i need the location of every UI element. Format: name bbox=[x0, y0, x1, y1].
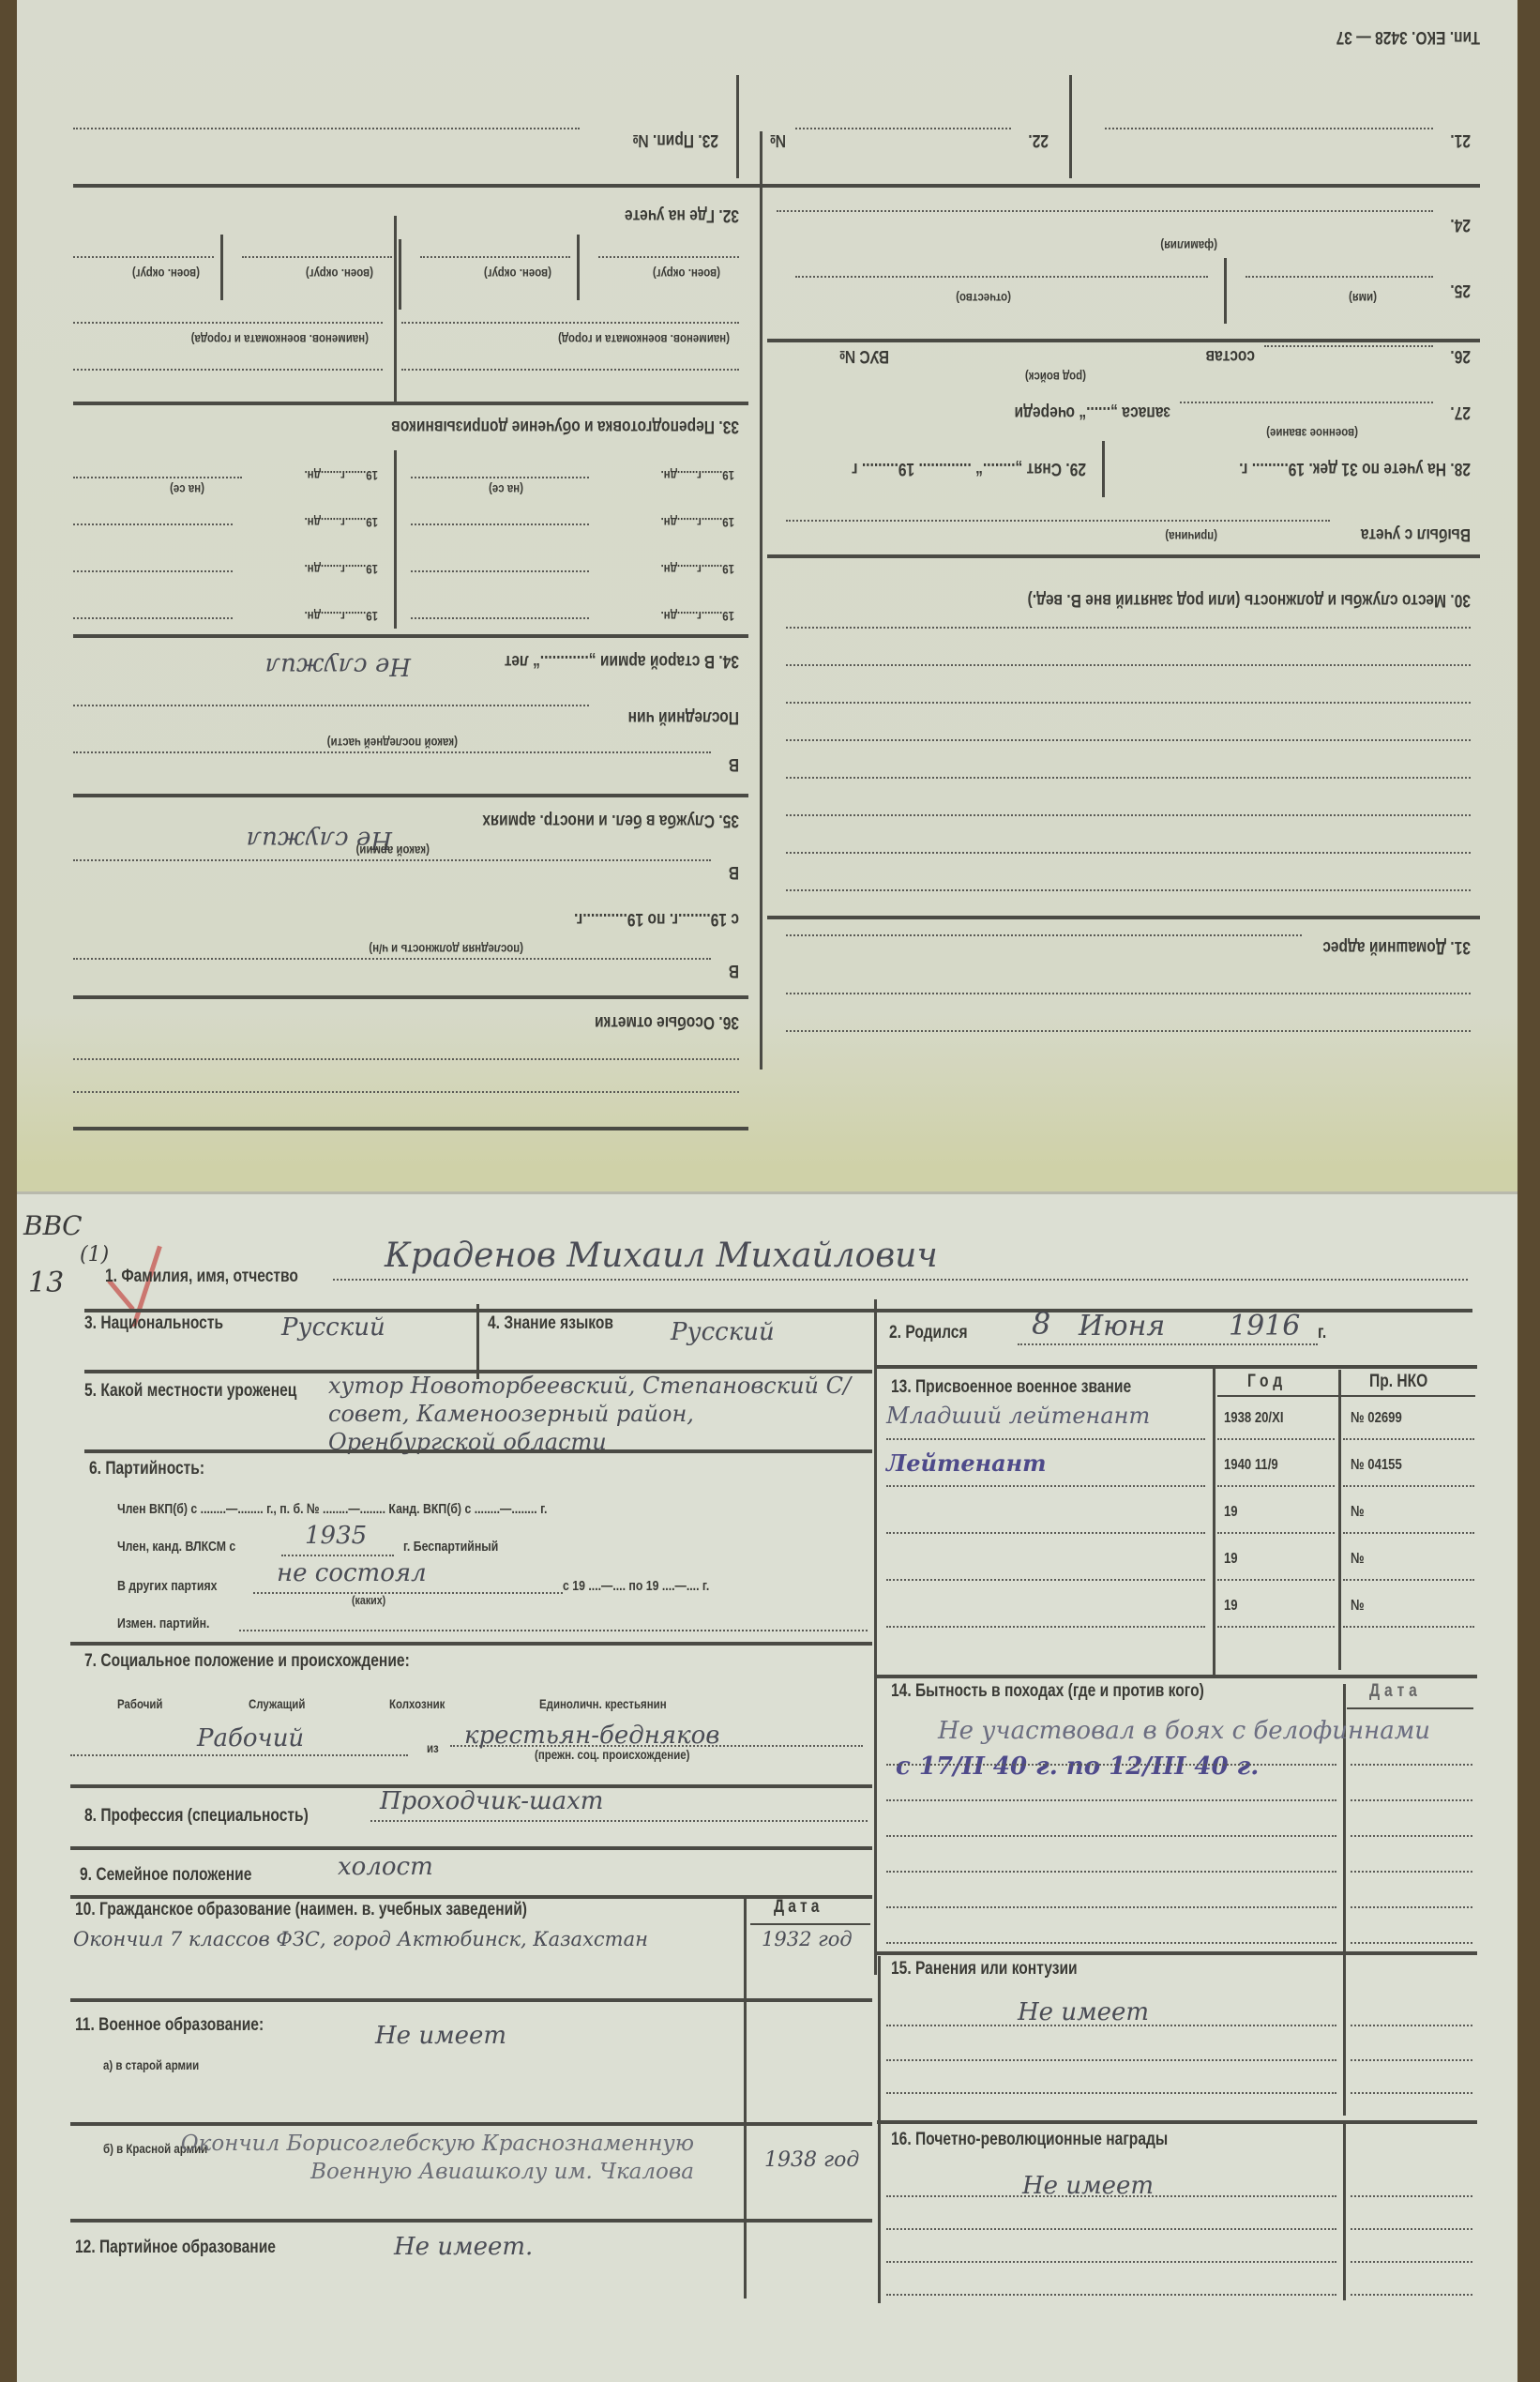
field-35-in-2: В bbox=[729, 960, 739, 980]
field-31-line bbox=[786, 934, 1302, 936]
field-32-line bbox=[73, 256, 214, 258]
field-26-line bbox=[1264, 345, 1433, 347]
rank-year: 19 bbox=[1224, 1551, 1238, 1568]
field-11-old-army-value: Не имеет bbox=[375, 2022, 506, 2050]
field-10-value: Окончил 7 классов ФЗС, город Актюбинск, … bbox=[73, 1928, 648, 1950]
field-15-line bbox=[886, 2059, 1336, 2061]
divider bbox=[399, 239, 401, 310]
field-14-line-1: Не участвовал в боях с белофиннами bbox=[938, 1717, 1430, 1745]
field-5-value: хутор Новоторбеевский, Степановский С/со… bbox=[328, 1372, 863, 1456]
field-32-city-caption-1: (наименов. военкомата и город) bbox=[558, 332, 730, 347]
back-side-sheet: 21. 22. № 23. Прип. № 24. (фамилия) 25. … bbox=[17, 0, 1517, 1191]
rank-order-line bbox=[1343, 1626, 1474, 1628]
field-33-row: 19.......г.......дн. bbox=[661, 609, 734, 624]
field-16-line bbox=[1351, 2261, 1472, 2263]
field-3-label: 3. Национальность bbox=[84, 1313, 223, 1334]
rank-year-line bbox=[1217, 1485, 1335, 1487]
divider bbox=[476, 1304, 479, 1379]
print-code: Тип. ЕКО. 3428 — 37 bbox=[1336, 26, 1480, 47]
field-33-row: 19.......г.......дн. bbox=[305, 562, 378, 577]
field-33-line bbox=[411, 570, 589, 572]
field-24-line bbox=[777, 210, 1433, 212]
field-23-line bbox=[73, 128, 580, 129]
divider bbox=[577, 235, 580, 300]
divider bbox=[767, 916, 1480, 919]
divider bbox=[1224, 258, 1227, 324]
field-25-patronymic-caption: (отчество) bbox=[956, 291, 1011, 306]
field-14-line bbox=[886, 1799, 1336, 1801]
field-35-caption-army: (какой армии) bbox=[356, 843, 430, 858]
divider bbox=[73, 794, 748, 797]
field-14-line bbox=[1351, 1871, 1472, 1873]
field-34-last-rank: Последний чин bbox=[628, 706, 739, 727]
rank-year: 19 bbox=[1224, 1504, 1238, 1521]
field-31-line bbox=[786, 1030, 1471, 1032]
field-16-line bbox=[1351, 2294, 1472, 2296]
field-33-line bbox=[73, 570, 233, 572]
field-13-label: 13. Присвоенное военное звание bbox=[891, 1377, 1131, 1398]
field-32-caption-4: (воен. округ) bbox=[132, 266, 200, 281]
field-30-line bbox=[786, 777, 1471, 779]
field-32-line bbox=[242, 256, 392, 258]
field-29-label: 29. Снят „........“ ............. 19....… bbox=[852, 458, 1086, 478]
field-7-origin-caption: (прежн. соц. происхождение) bbox=[535, 1747, 690, 1762]
field-7-value: Рабочий bbox=[197, 1724, 304, 1752]
divider bbox=[73, 1127, 748, 1130]
field-16-line bbox=[886, 2294, 1336, 2296]
field-33-caption-left: (на се) bbox=[489, 482, 523, 497]
back-side-content-rotated: 21. 22. № 23. Прип. № 24. (фамилия) 25. … bbox=[17, 0, 1517, 1191]
field-6-other-label: В других партиях bbox=[117, 1578, 217, 1594]
field-34-line bbox=[73, 751, 711, 753]
field-6-vlksm-suffix: г. Беспартийный bbox=[403, 1539, 498, 1555]
rank-order-line bbox=[1343, 1579, 1474, 1581]
rank-order: № 02699 bbox=[1351, 1410, 1402, 1427]
field-33-label: 33. Переподготовка и обучение допризывни… bbox=[391, 416, 739, 436]
field-2-line bbox=[1018, 1343, 1318, 1345]
rank-order: № bbox=[1351, 1504, 1365, 1521]
field-10-date: 1932 год bbox=[762, 1928, 853, 1950]
field-33-line bbox=[73, 523, 233, 525]
field-26-vus: ВУС № bbox=[839, 345, 889, 366]
field-12-value: Не имеет. bbox=[394, 2233, 533, 2261]
field-1-line bbox=[333, 1279, 1468, 1281]
field-23-label: 23. Прип. № bbox=[632, 129, 718, 150]
field-6-other-value: не состоял bbox=[277, 1559, 427, 1587]
field-14-label: 14. Бытность в походах (где и против ког… bbox=[891, 1681, 1204, 1702]
field-10-date-header: Дата bbox=[774, 1897, 823, 1918]
divider bbox=[70, 1998, 872, 2002]
field-13-order-header: Пр. НКО bbox=[1369, 1372, 1427, 1392]
field-30-line bbox=[786, 627, 1471, 629]
field-1-value: Краденов Михаил Михайлович bbox=[385, 1237, 938, 1275]
field-35-label: 35. Служба в бел. и иностр. армиях bbox=[482, 810, 739, 830]
field-21-line bbox=[1105, 128, 1433, 129]
field-2-label: 2. Родился bbox=[889, 1323, 968, 1343]
rank-order-line bbox=[1343, 1438, 1474, 1440]
field-9-label: 9. Семейное положение bbox=[80, 1865, 251, 1886]
divider bbox=[1069, 75, 1072, 178]
field-30-line bbox=[786, 664, 1471, 666]
field-36-line bbox=[73, 1091, 739, 1093]
field-24-caption: (фамилия) bbox=[1160, 238, 1217, 253]
divider bbox=[744, 1895, 747, 1998]
field-36-label: 36. Особые отметки bbox=[595, 1011, 739, 1032]
field-28-label: 28. На учете по 31 дек. 19......... г. bbox=[1239, 458, 1471, 478]
field-14-line bbox=[886, 1835, 1336, 1837]
field-14-line bbox=[886, 1942, 1336, 1944]
field-14-line bbox=[1351, 1835, 1472, 1837]
field-16-line bbox=[1351, 2195, 1472, 2197]
field-6-other-line bbox=[253, 1592, 563, 1594]
rank-line bbox=[886, 1626, 1205, 1628]
field-32-line bbox=[420, 256, 570, 258]
rank-year-line bbox=[1217, 1579, 1335, 1581]
field-4-value: Русский bbox=[671, 1318, 775, 1346]
divider bbox=[84, 1449, 872, 1453]
removed-caption: (причина) bbox=[1165, 529, 1217, 544]
rank-year-line bbox=[1217, 1438, 1335, 1440]
field-30-label: 30. Место службы и должность (или род за… bbox=[1028, 589, 1471, 610]
divider bbox=[736, 75, 739, 178]
column-divider bbox=[878, 1956, 881, 2303]
field-16-value: Не имеет bbox=[1022, 2172, 1154, 2200]
field-16-line bbox=[1351, 2228, 1472, 2230]
field-11-label: 11. Военное образование: bbox=[75, 2015, 264, 2036]
field-35-period: с 19........г. по 19...........г. bbox=[574, 908, 739, 929]
field-34-line bbox=[73, 705, 589, 706]
field-34-in: В bbox=[729, 753, 739, 774]
rank-line bbox=[886, 1532, 1205, 1534]
field-33-line bbox=[411, 523, 589, 525]
field-7-option-kolkhoznik: Колхозник bbox=[389, 1696, 445, 1711]
field-8-value: Проходчик-шахт bbox=[380, 1787, 603, 1815]
field-11-red-army-value: Окончил Борисоглебскую Краснознаменную В… bbox=[94, 2130, 694, 2186]
field-26-middle: состав bbox=[1205, 345, 1255, 366]
field-33-line bbox=[73, 477, 242, 478]
divider bbox=[70, 1895, 872, 1899]
field-11-old-army-label: а) в старой армии bbox=[103, 2057, 199, 2072]
field-30-line bbox=[786, 889, 1471, 891]
field-34-label: 34. В старой армии „............“ лет bbox=[505, 650, 739, 671]
field-32-caption-3: (воен. округ) bbox=[306, 266, 373, 281]
field-33-line bbox=[411, 477, 589, 478]
divider bbox=[750, 1923, 870, 1925]
field-13-year-header: Год bbox=[1247, 1372, 1287, 1392]
field-8-line bbox=[370, 1820, 868, 1822]
column-divider bbox=[760, 131, 762, 1070]
rank-line bbox=[886, 1485, 1205, 1487]
field-7-label: 7. Социальное положение и происхождение: bbox=[84, 1651, 410, 1672]
field-3-value: Русский bbox=[281, 1313, 385, 1342]
field-6-vlksm-line bbox=[281, 1555, 394, 1556]
field-33-line bbox=[73, 617, 233, 619]
field-33-row: 19.......г.......дн. bbox=[661, 468, 734, 483]
field-8-label: 8. Профессия (специальность) bbox=[84, 1806, 309, 1827]
field-15-line bbox=[1351, 2025, 1472, 2026]
field-16-label: 16. Почетно-революционные награды bbox=[891, 2130, 1168, 2150]
rank-year-line bbox=[1217, 1626, 1335, 1628]
rank-order-line bbox=[1343, 1532, 1474, 1534]
field-35-line bbox=[73, 859, 711, 861]
field-6-label: 6. Партийность: bbox=[89, 1459, 204, 1479]
field-33-row: 19.......г.......дн. bbox=[305, 468, 378, 483]
field-16-line bbox=[886, 2261, 1336, 2263]
divider bbox=[220, 235, 223, 300]
field-9-value: холост bbox=[338, 1853, 433, 1881]
rank-order: № bbox=[1351, 1598, 1365, 1615]
divider bbox=[73, 184, 1480, 188]
field-21-label: 21. bbox=[1450, 129, 1471, 150]
field-14-date-header: Дата bbox=[1369, 1681, 1422, 1702]
field-14-line bbox=[1351, 1764, 1472, 1766]
divider bbox=[1217, 1395, 1475, 1397]
field-2-day: 8 bbox=[1032, 1306, 1050, 1342]
divider bbox=[877, 2120, 1477, 2124]
field-27-middle: запаса „......“ очереди bbox=[1015, 402, 1170, 422]
field-6-other-period: с 19 ....—.... по 19 ....—.... г. bbox=[563, 1578, 709, 1594]
field-22-label: 22. bbox=[1028, 129, 1049, 150]
divider bbox=[1338, 1370, 1341, 1670]
divider bbox=[767, 554, 1480, 558]
field-2-month: Июня bbox=[1079, 1310, 1165, 1343]
field-15-line bbox=[1351, 2059, 1472, 2061]
field-7-origin: крестьян-бедняков bbox=[464, 1722, 719, 1750]
divider bbox=[877, 1951, 1477, 1955]
field-27-caption: (военное звание) bbox=[1266, 426, 1358, 441]
divider bbox=[1347, 1707, 1473, 1709]
field-32-city-line bbox=[73, 322, 383, 324]
field-14-line bbox=[886, 1906, 1336, 1908]
field-15-line bbox=[886, 2092, 1336, 2094]
field-7-option-worker: Рабочий bbox=[117, 1696, 162, 1711]
field-24-label: 24. bbox=[1450, 214, 1471, 235]
field-30-line bbox=[786, 702, 1471, 704]
field-34-caption: (какой последней части) bbox=[327, 736, 458, 751]
field-14-line bbox=[886, 1764, 1336, 1766]
field-6-other-caption: (каких) bbox=[352, 1593, 385, 1607]
field-35-caption-post: (последняя должность и ч/н) bbox=[369, 942, 523, 957]
divider bbox=[70, 2122, 872, 2126]
field-7-option-employee: Служащий bbox=[249, 1696, 305, 1711]
divider bbox=[1102, 441, 1105, 497]
divider bbox=[70, 1846, 872, 1850]
field-22-line bbox=[795, 128, 1011, 129]
column-divider bbox=[874, 1299, 877, 1975]
margin-note-13: 13 bbox=[28, 1267, 64, 1299]
field-33-row: 19.......г.......дн. bbox=[305, 515, 378, 530]
field-27-line bbox=[1180, 402, 1433, 403]
field-6-changes-line bbox=[239, 1630, 868, 1631]
field-7-option-peasant: Единоличн. крестьянин bbox=[539, 1696, 667, 1711]
field-14-line-2: с 17/II 40 г. по 12/III 40 г. bbox=[896, 1752, 1259, 1781]
rank-order-line bbox=[1343, 1485, 1474, 1487]
field-32-line bbox=[73, 369, 383, 371]
field-35-line bbox=[73, 958, 711, 960]
field-32-caption-1: (воен. округ) bbox=[653, 266, 720, 281]
rank-line bbox=[886, 1579, 1205, 1581]
field-32-city-caption-2: (наименов. военкомата и города) bbox=[191, 332, 369, 347]
field-33-line bbox=[411, 617, 589, 619]
field-32-caption-2: (воен. округ) bbox=[484, 266, 551, 281]
field-33-row: 19.......г.......дн. bbox=[661, 515, 734, 530]
field-32-label: 32. Где на учете bbox=[625, 205, 739, 225]
divider bbox=[73, 402, 748, 405]
field-25-label: 25. bbox=[1450, 280, 1471, 300]
divider bbox=[1343, 2122, 1346, 2300]
field-36-line bbox=[73, 1058, 739, 1060]
removed-label: Выбыл с учета bbox=[1361, 523, 1471, 544]
divider bbox=[394, 216, 397, 403]
field-27-label: 27. bbox=[1450, 402, 1471, 422]
rank-order: № bbox=[1351, 1551, 1365, 1568]
margin-note-vvs: ВВС bbox=[23, 1210, 83, 1241]
field-6-vkpb: Член ВКП(б) с ........—........ г., п. б… bbox=[117, 1501, 547, 1517]
divider bbox=[1213, 1365, 1215, 1675]
divider bbox=[877, 1365, 1477, 1369]
field-14-line bbox=[1351, 1942, 1472, 1944]
field-25-patronymic-line bbox=[795, 276, 1208, 278]
field-30-line bbox=[786, 814, 1471, 816]
field-15-line bbox=[1351, 2092, 1472, 2094]
field-30-line bbox=[786, 739, 1471, 741]
field-32-line bbox=[401, 369, 739, 371]
field-34-value: Не служил bbox=[265, 652, 411, 680]
rank-title: Младший лейтенант bbox=[886, 1403, 1150, 1429]
field-35-in: В bbox=[729, 861, 739, 882]
field-7-line bbox=[70, 1754, 408, 1756]
rank-line bbox=[886, 1438, 1205, 1440]
rank-title: Лейтенант bbox=[886, 1449, 1047, 1477]
divider bbox=[877, 1675, 1477, 1678]
divider bbox=[744, 1998, 747, 2299]
field-22-number: № bbox=[770, 129, 786, 150]
rank-year: 1938 20/XI bbox=[1224, 1410, 1283, 1427]
field-12-label: 12. Партийное образование bbox=[75, 2238, 276, 2258]
field-14-line bbox=[1351, 1799, 1472, 1801]
divider bbox=[73, 995, 748, 999]
rank-year: 1940 11/9 bbox=[1224, 1457, 1278, 1474]
rank-order: № 04155 bbox=[1351, 1457, 1402, 1474]
field-2-year: 1916 bbox=[1229, 1310, 1300, 1343]
field-25-name-caption: (имя) bbox=[1349, 291, 1377, 306]
field-5-label: 5. Какой местности уроженец bbox=[84, 1381, 296, 1402]
field-14-line bbox=[886, 1871, 1336, 1873]
field-7-from: из bbox=[427, 1740, 439, 1755]
rank-year-line bbox=[1217, 1532, 1335, 1534]
field-16-line bbox=[886, 2228, 1336, 2230]
field-31-label: 31. Домашний адрес bbox=[1322, 936, 1471, 957]
divider bbox=[70, 1642, 872, 1646]
field-33-caption-right: (на се) bbox=[170, 482, 204, 497]
divider bbox=[394, 450, 397, 629]
field-26-caption: (род войск) bbox=[1025, 370, 1086, 385]
field-1-label: 1. Фамилия, имя, отчество bbox=[105, 1267, 298, 1287]
divider bbox=[73, 634, 748, 638]
divider bbox=[767, 339, 1480, 342]
field-2-suffix: г. bbox=[1318, 1323, 1326, 1343]
field-33-row: 19.......г.......дн. bbox=[305, 609, 378, 624]
divider bbox=[1343, 1951, 1346, 2116]
field-6-changes-label: Измен. партийн. bbox=[117, 1616, 209, 1631]
rank-year: 19 bbox=[1224, 1598, 1238, 1615]
removed-line bbox=[786, 520, 1330, 522]
field-14-line bbox=[1351, 1906, 1472, 1908]
field-4-label: 4. Знание языков bbox=[488, 1313, 613, 1334]
divider bbox=[70, 2219, 872, 2223]
field-15-value: Не имеет bbox=[1018, 1998, 1149, 2026]
field-6-vlksm-label: Член, канд. ВЛКСМ с bbox=[117, 1539, 235, 1555]
field-26-label: 26. bbox=[1450, 345, 1471, 366]
field-11-red-army-date: 1938 год bbox=[764, 2148, 859, 2172]
field-32-line bbox=[598, 256, 739, 258]
field-15-label: 15. Ранения или контузии bbox=[891, 1959, 1078, 1980]
field-6-vlksm-year: 1935 bbox=[305, 1522, 367, 1550]
margin-note-1: (1) bbox=[80, 1243, 109, 1267]
field-25-name-line bbox=[1246, 276, 1433, 278]
field-32-city-line bbox=[401, 322, 739, 324]
field-10-label: 10. Гражданское образование (наимен. в. … bbox=[75, 1900, 527, 1920]
field-30-line bbox=[786, 852, 1471, 854]
field-33-row: 19.......г.......дн. bbox=[661, 562, 734, 577]
field-31-line bbox=[786, 993, 1471, 994]
